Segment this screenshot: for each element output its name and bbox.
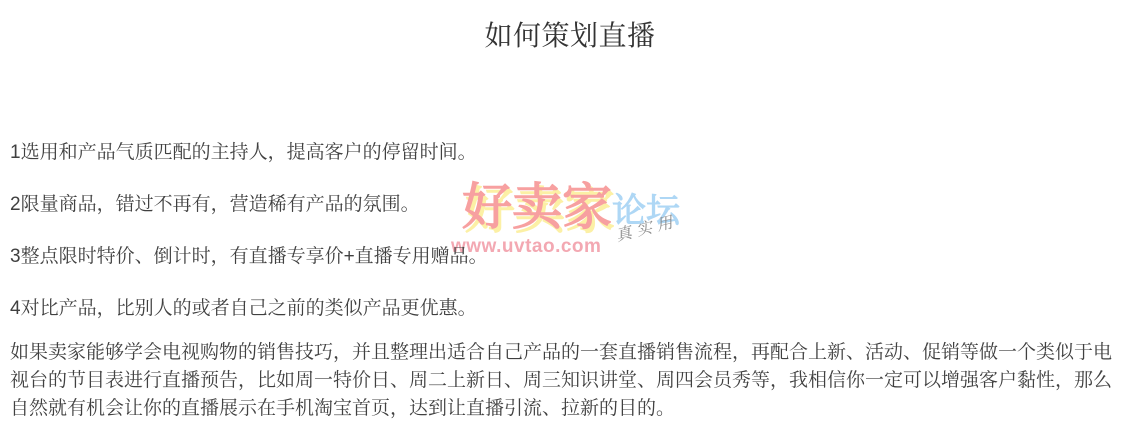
tip-item-1: 1选用和产品气质匹配的主持人，提高客户的停留时间。: [10, 139, 1130, 167]
article-body: 1选用和产品气质匹配的主持人，提高客户的停留时间。 2限量商品，错过不再有，营造…: [10, 139, 1130, 423]
closing-paragraph: 如果卖家能够学会电视购物的销售技巧，并且整理出适合自己产品的一套直播销售流程，再…: [10, 339, 1130, 423]
article-page: 如何策划直播 好卖家 论坛 www.uvtao.com 真实用 1选用和产品气质…: [0, 0, 1140, 440]
closing-paragraph-line-3: 自然就有机会让你的直播展示在手机淘宝首页，达到让直播引流、拉新的目的。: [10, 395, 1130, 423]
closing-paragraph-line-2: 视台的节目表进行直播预告，比如周一特价日、周二上新日、周三知识讲堂、周四会员秀等…: [10, 367, 1130, 395]
closing-paragraph-line-1: 如果卖家能够学会电视购物的销售技巧，并且整理出适合自己产品的一套直播销售流程，再…: [10, 339, 1130, 367]
tip-item-2: 2限量商品，错过不再有，营造稀有产品的氛围。: [10, 191, 1130, 219]
tip-item-3: 3整点限时特价、倒计时，有直播专享价+直播专用赠品。: [10, 243, 1130, 271]
tip-item-4: 4对比产品，比别人的或者自己之前的类似产品更优惠。: [10, 295, 1130, 323]
page-title: 如何策划直播: [0, 14, 1140, 54]
